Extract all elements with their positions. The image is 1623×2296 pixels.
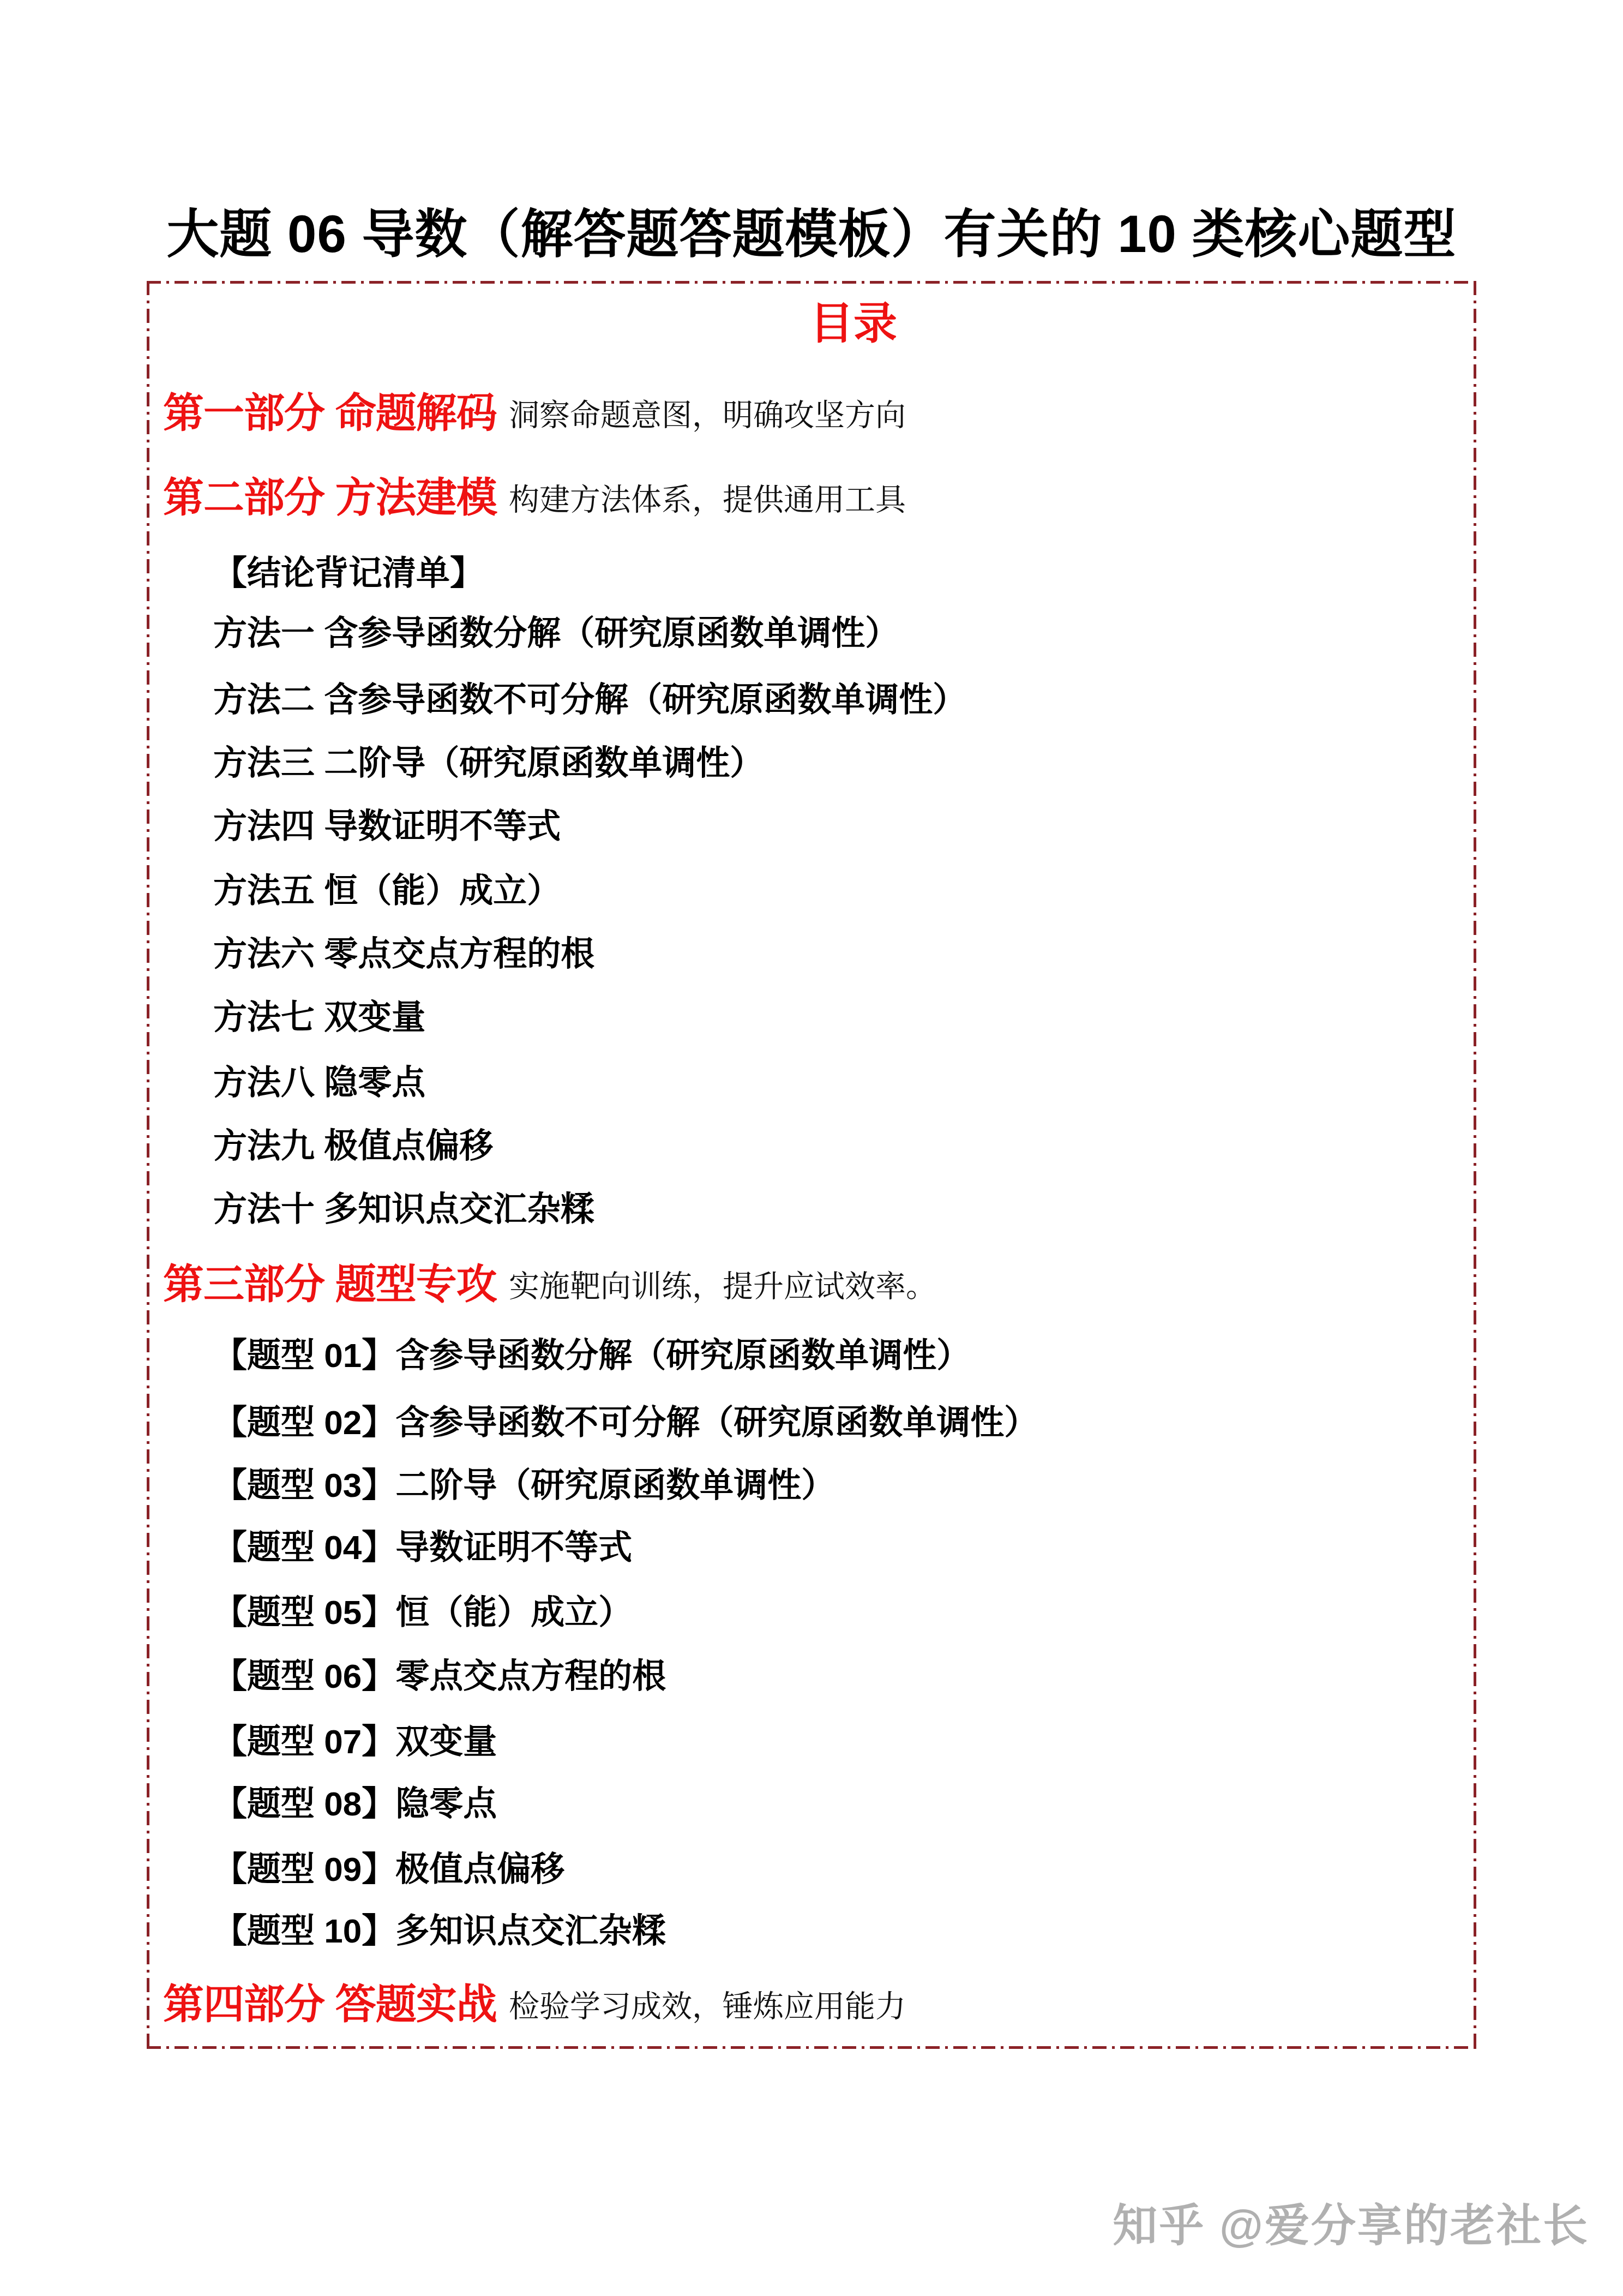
section-desc: 检验学习成效，锤炼应用能力 (509, 1992, 906, 2022)
toc-section-part3: 第三部分 题型专攻 实施靶向训练，提升应试效率。 (163, 1264, 497, 1311)
toc-section-part4: 第四部分 答题实战 检验学习成效，锤炼应用能力 (163, 1984, 497, 2031)
toc-border-left (147, 281, 149, 2049)
toc-item-method-2: 方法二 含参导函数不可分解（研究原函数单调性） (213, 684, 966, 717)
toc-subhead: 【结论背记清单】 (213, 557, 484, 591)
toc-item-label: 方法六 零点交点方程的根 (213, 936, 594, 973)
toc-item-method-6: 方法六 零点交点方程的根 (213, 938, 594, 972)
toc-item-label: 【题型 07】双变量 (213, 1723, 497, 1761)
toc-item-label: 方法九 极值点偏移 (213, 1128, 493, 1165)
page-title: 大题 06 导数（解答题答题模板）有关的 10 类核心题型 (0, 208, 1623, 261)
section-label: 第四部分 答题实战 (163, 1984, 497, 2025)
toc-item-method-9: 方法九 极值点偏移 (213, 1130, 493, 1164)
toc-border-top (147, 281, 1476, 284)
toc-item-type-02: 【题型 02】含参导函数不可分解（研究原函数单调性） (213, 1406, 1038, 1440)
toc-item-type-05: 【题型 05】恒（能）成立） (213, 1596, 632, 1630)
toc-item-type-10: 【题型 10】多知识点交汇杂糅 (213, 1915, 666, 1949)
toc-item-type-03: 【题型 03】二阶导（研究原函数单调性） (213, 1469, 835, 1503)
toc-item-label: 方法七 双变量 (213, 999, 425, 1036)
toc-item-method-4: 方法四 导数证明不等式 (213, 810, 561, 844)
toc-item-label: 【题型 10】多知识点交汇杂糅 (213, 1913, 666, 1950)
section-desc: 洞察命题意图，明确攻坚方向 (509, 400, 906, 431)
toc-heading: 目录 (810, 302, 897, 345)
toc-section-part1: 第一部分 命题解码 洞察命题意图，明确攻坚方向 (163, 393, 497, 440)
toc-item-label: 方法二 含参导函数不可分解（研究原函数单调性） (213, 681, 966, 719)
section-desc: 构建方法体系，提供通用工具 (509, 485, 906, 515)
toc-item-label: 方法十 多知识点交汇杂糅 (213, 1191, 594, 1228)
subhead-label: 【结论背记清单】 (213, 555, 484, 592)
toc-item-method-10: 方法十 多知识点交汇杂糅 (213, 1193, 594, 1227)
toc-item-label: 方法五 恒（能）成立） (213, 872, 561, 910)
toc-item-label: 方法三 二阶导（研究原函数单调性） (213, 745, 764, 782)
section-label: 第二部分 方法建模 (163, 477, 497, 518)
toc-item-method-7: 方法七 双变量 (213, 1001, 425, 1035)
watermark: 知乎 @爱分享的老社长 (1113, 2204, 1589, 2249)
toc-item-type-06: 【题型 06】零点交点方程的根 (213, 1660, 666, 1694)
toc-box: 目录 第一部分 命题解码 洞察命题意图，明确攻坚方向 第二部分 方法建模 构建方… (147, 281, 1476, 2049)
toc-border-right (1474, 281, 1476, 2049)
toc-item-method-8: 方法八 隐零点 (213, 1066, 425, 1100)
toc-item-label: 【题型 01】含参导函数分解（研究原函数单调性） (213, 1337, 970, 1375)
section-desc: 实施靶向训练，提升应试效率。 (509, 1272, 936, 1302)
toc-item-label: 【题型 09】极值点偏移 (213, 1851, 564, 1889)
toc-section-part2: 第二部分 方法建模 构建方法体系，提供通用工具 (163, 477, 497, 524)
toc-item-label: 【题型 08】隐零点 (213, 1785, 497, 1823)
toc-item-type-09: 【题型 09】极值点偏移 (213, 1853, 564, 1887)
toc-item-method-3: 方法三 二阶导（研究原函数单调性） (213, 747, 764, 781)
toc-item-label: 方法四 导数证明不等式 (213, 808, 561, 846)
section-label: 第三部分 题型专攻 (163, 1264, 497, 1305)
toc-item-label: 【题型 05】恒（能）成立） (213, 1594, 632, 1632)
toc-border-bottom (147, 2046, 1476, 2049)
toc-item-type-07: 【题型 07】双变量 (213, 1725, 497, 1759)
toc-item-type-04: 【题型 04】导数证明不等式 (213, 1531, 632, 1565)
toc-item-label: 方法八 隐零点 (213, 1064, 425, 1102)
toc-item-method-1: 方法一 含参导函数分解（研究原函数单调性） (213, 617, 899, 651)
toc-item-type-08: 【题型 08】隐零点 (213, 1788, 497, 1821)
toc-item-method-5: 方法五 恒（能）成立） (213, 874, 561, 908)
toc-item-label: 【题型 02】含参导函数不可分解（研究原函数单调性） (213, 1404, 1038, 1442)
toc-item-label: 方法一 含参导函数分解（研究原函数单调性） (213, 615, 899, 652)
section-label: 第一部分 命题解码 (163, 393, 497, 434)
toc-item-label: 【题型 06】零点交点方程的根 (213, 1658, 666, 1695)
toc-item-label: 【题型 03】二阶导（研究原函数单调性） (213, 1467, 835, 1504)
toc-item-type-01: 【题型 01】含参导函数分解（研究原函数单调性） (213, 1339, 970, 1373)
toc-item-label: 【题型 04】导数证明不等式 (213, 1529, 632, 1567)
